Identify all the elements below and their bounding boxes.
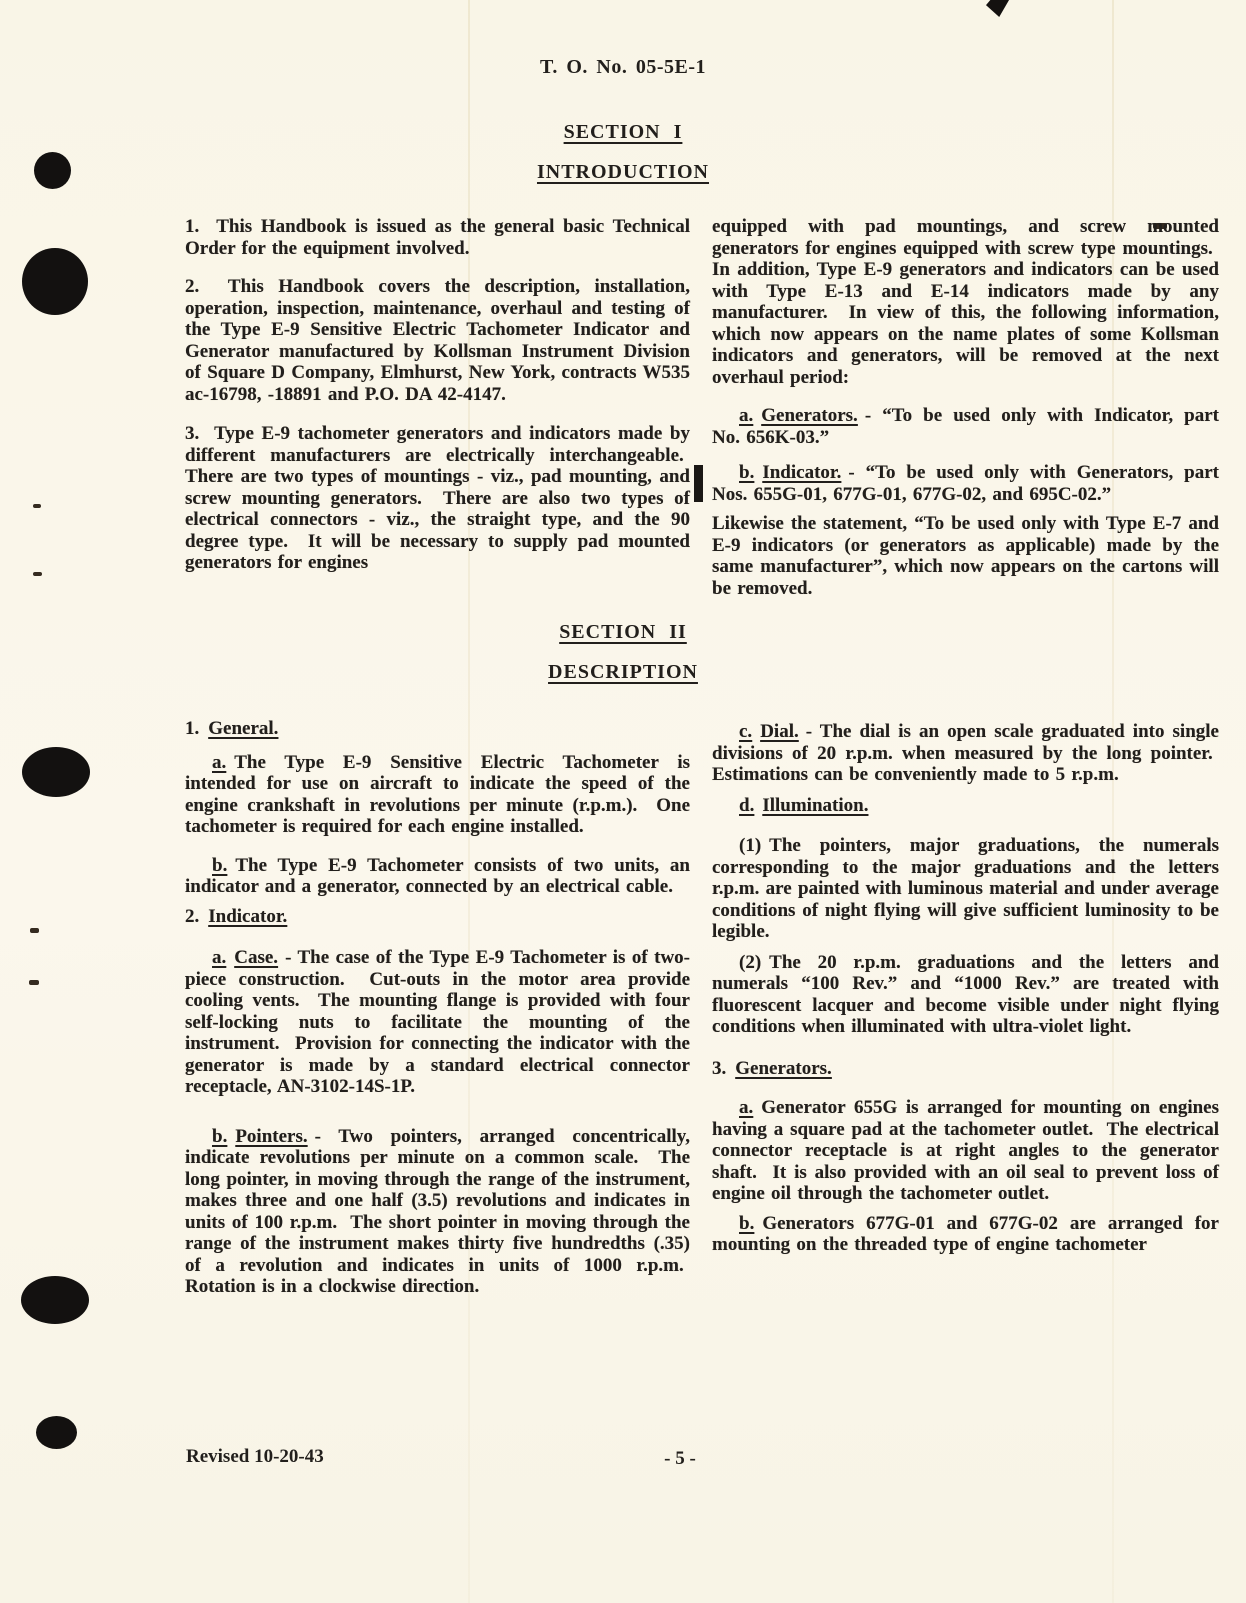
ink-speck <box>33 572 42 576</box>
section1-body: 1. This Handbook is issued as the genera… <box>185 216 1219 599</box>
section2-body: 1.General. a.The Type E-9 Sensitive Elec… <box>185 712 1219 1298</box>
item-a-general: a.The Type E-9 Sensitive Electric Tachom… <box>185 752 690 838</box>
page-number: - 5 - <box>620 1448 740 1470</box>
item-a-generators: a.Generators.- “To be used only with Ind… <box>712 405 1219 448</box>
subitem-1-luminous: (1)The pointers, major graduations, the … <box>712 835 1219 943</box>
hole-punch-dot <box>22 747 90 797</box>
revision-date: Revised 10-20-43 <box>186 1446 324 1468</box>
ink-speck <box>33 504 41 508</box>
item-b-indicator-wrap: b.Indicator.- “To be used only with Gene… <box>712 462 1219 505</box>
heading-general: 1.General. <box>185 718 690 740</box>
item-b-generators-677g: b.Generators 677G-01 and 677G-02 are arr… <box>712 1213 1219 1256</box>
item-b-pointers: b.Pointers.- Two pointers, arranged conc… <box>185 1126 690 1298</box>
ink-speck <box>29 980 39 985</box>
item-b-indicator: b.Indicator.- “To be used only with Gene… <box>712 462 1219 505</box>
item-c-dial: c.Dial.- The dial is an open scale gradu… <box>712 721 1219 786</box>
paragraph-likewise: Likewise the statement, “To be used only… <box>712 513 1219 599</box>
paragraph-1: 1. This Handbook is issued as the genera… <box>185 216 690 259</box>
section2-subheading: DESCRIPTION <box>0 661 1246 684</box>
ink-mark-top-right <box>986 0 1010 17</box>
section1-subheading: INTRODUCTION <box>0 161 1246 184</box>
heading-indicator: 2.Indicator. <box>185 906 690 928</box>
item-b-general: b.The Type E-9 Tachometer consists of tw… <box>185 855 690 898</box>
item-a-generator-655g: a.Generator 655G is arranged for mountin… <box>712 1097 1219 1205</box>
paragraph-3-continued: equipped with pad mountings, and screw m… <box>712 216 1219 388</box>
heading-generators: 3.Generators. <box>712 1058 1219 1080</box>
item-a-case: a.Case.- The case of the Type E-9 Tachom… <box>185 947 690 1098</box>
revision-change-bar <box>694 465 703 502</box>
paragraph-3: 3. Type E-9 tachometer generators and in… <box>185 423 690 574</box>
subitem-2-fluorescent: (2)The 20 r.p.m. graduations and the let… <box>712 952 1219 1038</box>
paragraph-2: 2. This Handbook covers the description,… <box>185 276 690 405</box>
section2-left-column: 1.General. a.The Type E-9 Sensitive Elec… <box>185 712 690 1298</box>
hole-punch-dot <box>21 1276 89 1324</box>
section1-left-column: 1. This Handbook is issued as the genera… <box>185 216 690 599</box>
item-d-illumination: d.Illumination. <box>712 795 1219 817</box>
doc-number: T. O. No. 05-5E-1 <box>0 56 1246 79</box>
hole-punch-dot <box>36 1416 77 1449</box>
section2-heading: SECTION II <box>0 621 1246 644</box>
section1-heading: SECTION I <box>0 121 1246 144</box>
ink-speck <box>30 928 39 933</box>
section2-right-column: c.Dial.- The dial is an open scale gradu… <box>712 712 1219 1298</box>
hole-punch-dot <box>22 248 88 315</box>
section1-right-column: equipped with pad mountings, and screw m… <box>712 216 1219 599</box>
